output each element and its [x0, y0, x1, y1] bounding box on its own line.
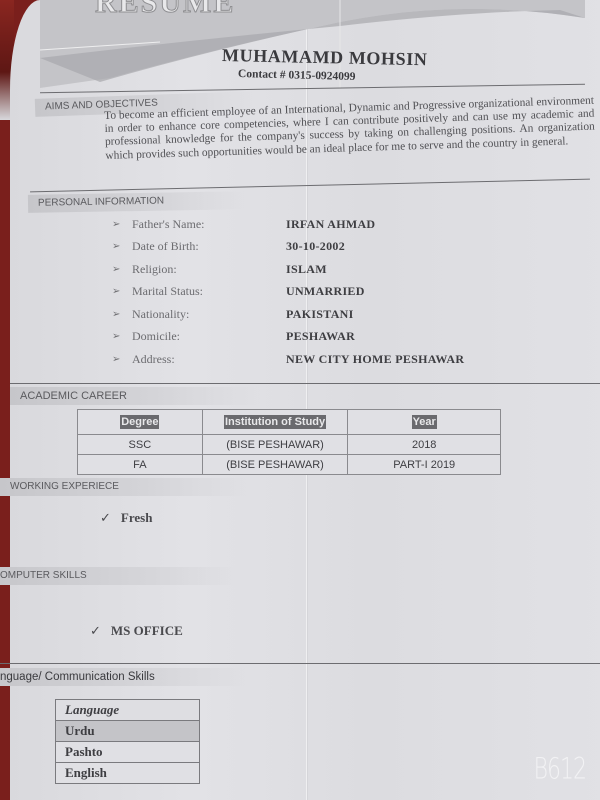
candidate-name: MUHAMAMD MOHSIN [222, 45, 428, 70]
experience-item: ✓ Fresh [100, 510, 152, 526]
section-heading-computer: OMPUTER SKILLS [0, 567, 240, 585]
academic-table: Degree Institution of Study Year SSC (BI… [77, 409, 501, 475]
field-value: NEW CITY HOME PESHAWAR [286, 352, 464, 367]
table-cell: Urdu [56, 721, 200, 742]
arrow-bullet-icon: ➢ [112, 219, 132, 230]
table-cell: SSC [78, 435, 203, 455]
table-cell: (BISE PESHAWAR) [202, 455, 348, 475]
arrow-bullet-icon: ➢ [112, 286, 132, 297]
arrow-bullet-icon: ➢ [112, 331, 132, 342]
list-item: ➢Date of Birth:30-10-2002 [112, 236, 464, 259]
computer-skill-text: MS OFFICE [111, 623, 183, 639]
table-row: English [56, 763, 200, 784]
list-item: ➢Address:NEW CITY HOME PESHAWAR [112, 348, 464, 371]
list-item: ➢Father's Name:IRFAN AHMAD [112, 213, 464, 236]
field-value: IRFAN AHMAD [286, 217, 375, 232]
computer-skill-item: ✓ MS OFFICE [90, 623, 183, 639]
list-item: ➢Nationality:PAKISTANI [112, 303, 464, 326]
checkmark-icon: ✓ [100, 510, 111, 526]
table-row: SSC (BISE PESHAWAR) 2018 [78, 435, 501, 455]
arrow-bullet-icon: ➢ [112, 264, 132, 275]
column-header: Year [348, 410, 501, 435]
field-label: Domicile: [132, 329, 286, 344]
divider [10, 383, 600, 384]
camera-watermark: B612 [534, 753, 586, 787]
divider [0, 663, 600, 664]
field-label: Address: [132, 352, 286, 367]
column-header: Language [56, 700, 200, 721]
checkmark-icon: ✓ [90, 623, 101, 639]
experience-text: Fresh [121, 510, 153, 526]
column-header: Institution of Study [202, 410, 348, 435]
table-row: Urdu [56, 721, 200, 742]
section-heading-language: nguage/ Communication Skills [0, 668, 250, 686]
table-header-row: Language [56, 700, 200, 721]
table-cell: 2018 [348, 435, 501, 455]
field-label: Date of Birth: [132, 239, 286, 254]
field-label: Nationality: [132, 307, 286, 322]
personal-info-list: ➢Father's Name:IRFAN AHMAD ➢Date of Birt… [112, 213, 464, 371]
resume-title-graphic: RESUME [95, 0, 235, 20]
list-item: ➢Domicile:PESHAWAR [112, 326, 464, 349]
table-cell: (BISE PESHAWAR) [202, 435, 348, 455]
arrow-bullet-icon: ➢ [112, 309, 132, 320]
list-item: ➢Religion:ISLAM [112, 258, 464, 281]
field-value: UNMARRIED [286, 284, 365, 299]
section-heading-academic: ACADEMIC CAREER [10, 387, 260, 405]
table-row: Pashto [56, 742, 200, 763]
table-row: FA (BISE PESHAWAR) PART-I 2019 [78, 455, 501, 475]
list-item: ➢Marital Status:UNMARRIED [112, 281, 464, 304]
field-value: ISLAM [286, 262, 327, 277]
section-heading-experience: WORKING EXPERIECE [0, 478, 250, 496]
table-header-row: Degree Institution of Study Year [78, 410, 501, 435]
field-value: 30-10-2002 [286, 239, 345, 254]
field-label: Father's Name: [132, 217, 286, 232]
section-heading-personal: PERSONAL INFORMATION [28, 191, 248, 213]
table-cell: English [56, 763, 200, 784]
arrow-bullet-icon: ➢ [112, 354, 132, 365]
arrow-bullet-icon: ➢ [112, 241, 132, 252]
table-cell: Pashto [56, 742, 200, 763]
column-header: Degree [78, 410, 203, 435]
language-table: Language Urdu Pashto English [55, 699, 200, 784]
field-value: PESHAWAR [286, 329, 355, 344]
field-value: PAKISTANI [286, 307, 354, 322]
table-cell: FA [78, 455, 203, 475]
field-label: Religion: [132, 262, 286, 277]
field-label: Marital Status: [132, 284, 286, 299]
table-cell: PART-I 2019 [348, 455, 501, 475]
